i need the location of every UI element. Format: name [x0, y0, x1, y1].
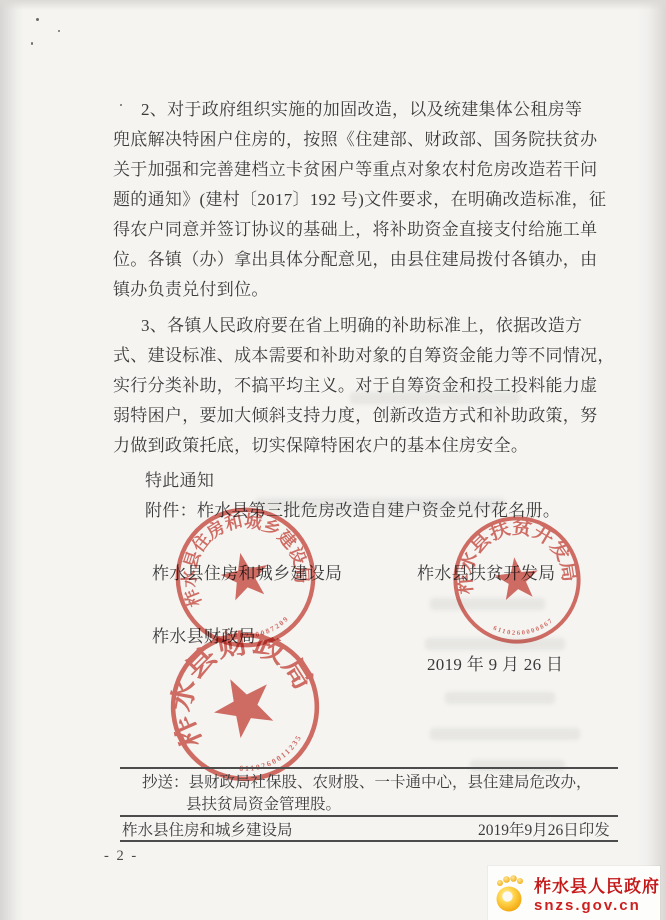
footer-divider-top [120, 767, 618, 769]
footprint-icon [492, 872, 528, 914]
body-line: 实行分类补助，不搞平均主义。对于自筹资金和投工投料能力虚 [113, 371, 615, 401]
body-line: 式、建设标准、成本需要和补助对象的自筹资金能力等不同情况， [113, 341, 615, 371]
gov-org-name: 柞水县人民政府 [534, 872, 660, 897]
cc-line-1: 抄送：县财政局社保股、农财股、一卡通中心，县住建局危改办， [142, 772, 592, 793]
page-right-edge-shadow [638, 0, 666, 920]
paragraph-3: 3、各镇人民政府要在省上明确的补助标准上，依据改造方 式、建设标准、成本需要和补… [113, 311, 615, 461]
gov-logo-banner: 柞水县人民政府 snzs.gov.cn [488, 866, 660, 920]
scanned-document-page: 2、对于政府组织实施的加固改造，以及统建集体公租房等 兜底解决特困户住房的，按照… [0, 0, 666, 920]
issuing-office: 柞水县住房和城乡建设局 [122, 821, 293, 841]
scan-speck [58, 30, 60, 32]
body-line: 镇办负责兑付到位。 [113, 275, 606, 305]
paragraph-2: 2、对于政府组织实施的加固改造，以及统建集体公租房等 兜底解决特困户住房的，按照… [113, 95, 606, 305]
print-date: 2019年9月26日印发 [478, 821, 610, 841]
footer-divider-middle [120, 815, 618, 817]
body-line: 兜底解决特困户住房的，按照《住建部、财政部、国务院扶贫办 [113, 125, 606, 155]
official-seal-poverty-alleviation-bureau: 柞水县扶贫开发局 6110260000867 [443, 506, 590, 653]
bleed-through-mark [430, 728, 580, 740]
page-left-edge-shadow [0, 0, 24, 920]
document-date: 2019 年 9 月 26 日 [427, 654, 563, 676]
body-line: 位。各镇（办）拿出具体分配意见，由县住建局拨付各镇办，由 [113, 245, 606, 275]
scan-speck [36, 18, 39, 21]
svg-text:6110260000867: 6110260000867 [491, 617, 555, 640]
body-line: 2、对于政府组织实施的加固改造，以及统建集体公租房等 [113, 95, 606, 125]
footer-divider-bottom [120, 840, 618, 842]
bleed-through-mark [445, 692, 555, 704]
seal-serial-number: 6110260000867 [491, 617, 555, 640]
bleed-through-mark [470, 760, 565, 772]
closing-notice: 特此通知 [145, 470, 214, 492]
gov-website-url: snzs.gov.cn [534, 897, 660, 914]
body-line: 关于加强和完善建档立卡贫困户等重点对象农村危房改造若干问 [113, 155, 606, 185]
page-top-edge-shadow [0, 0, 666, 10]
body-line: 题的通知》(建村〔2017〕192 号)文件要求，在明确改造标准，征 [113, 185, 606, 215]
body-line: 得农户同意并签订协议的基础上，将补助资金直接支付给施工单 [113, 215, 606, 245]
body-line: 3、各镇人民政府要在省上明确的补助标准上，依据改造方 [113, 311, 615, 341]
body-line: 弱特困户，要加大倾斜支持力度，创新改造方式和补助政策，努 [113, 401, 615, 431]
cc-line-2: 县扶贫局资金管理股。 [186, 794, 341, 815]
scan-speck [31, 42, 33, 45]
page-number: - 2 - [104, 848, 138, 865]
body-line: 力做到政策托底，切实保障特困农户的基本住房安全。 [113, 431, 615, 461]
